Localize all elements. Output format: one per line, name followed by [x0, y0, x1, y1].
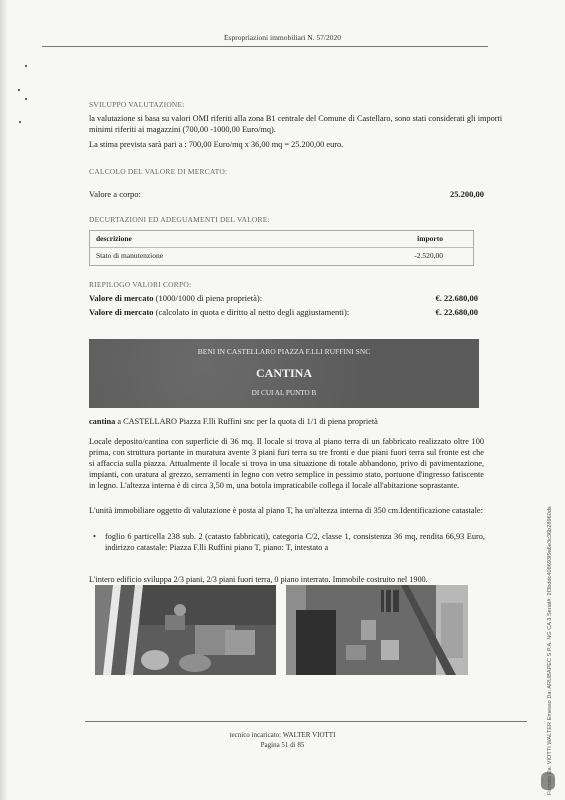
header-divider — [42, 46, 488, 47]
scan-edge-shadow — [0, 0, 8, 800]
catasto-list: • foglio 6 particella 238 sub. 2 (catast… — [105, 531, 485, 553]
bullet-icon: • — [93, 531, 96, 542]
photo-image — [95, 585, 276, 675]
intro-text: a CASTELLARO Piazza F.lli Ruffini snc pe… — [115, 417, 378, 426]
scan-speck — [25, 65, 27, 67]
photo-cantina-1 — [95, 585, 276, 675]
section-banner: BENI IN CASTELLARO PIAZZA F.LLI RUFFINI … — [89, 339, 479, 408]
section-label-calcolo: CALCOLO DEL VALORE DI MERCATO: — [89, 167, 227, 176]
riepilogo-row-value: €. 22.680,00 — [436, 307, 479, 317]
footer-technician: tecnico incaricato: WALTER VIOTTI — [0, 731, 565, 739]
list-item: foglio 6 particella 238 sub. 2 (catasto … — [105, 531, 485, 553]
intro-bold: cantina — [89, 417, 115, 426]
page-header-title: Espropriazioni immobiliari N. 57/2020 — [0, 33, 565, 42]
sviluppo-text-1: la valutazione si basa su valori OMI rif… — [89, 113, 509, 135]
document-page: Espropriazioni immobiliari N. 57/2020 SV… — [0, 0, 565, 800]
footer-divider — [85, 721, 527, 722]
table-row: Stato di manutenzione -2.520,00 — [90, 248, 473, 264]
description-paragraph: Locale deposito/cantina con superficie d… — [89, 436, 484, 491]
table-header: descrizione importo — [90, 231, 473, 248]
photo-cantina-2 — [286, 585, 468, 675]
riepilogo-row-value: €. 22.680,00 — [436, 293, 479, 303]
unita-paragraph: L'unità immobiliare oggetto di valutazio… — [89, 505, 484, 516]
row-importo: -2.520,00 — [414, 248, 443, 264]
riepilogo-row-text: (calcolato in quota e diritto al netto d… — [154, 307, 350, 317]
scan-speck — [25, 98, 27, 100]
digital-signature-text: Firmato Da: VIOTTI WALTER Emesso Da: ARU… — [547, 506, 553, 795]
column-header-importo: importo — [417, 231, 443, 247]
adjustments-table: descrizione importo Stato di manutenzion… — [89, 230, 474, 266]
riepilogo-row-bold: Valore di mercato — [89, 307, 154, 317]
section-label-riepilogo: RIEPILOGO VALORI CORPO: — [89, 280, 191, 289]
valore-corpo-value: 25.200,00 — [450, 189, 484, 199]
riepilogo-row-text: (1000/1000 di piena proprietà): — [154, 293, 263, 303]
banner-subtitle: DI CUI AL PUNTO B — [89, 389, 479, 397]
riepilogo-row-bold: Valore di mercato — [89, 293, 154, 303]
banner-title: CANTINA — [89, 366, 479, 381]
column-header-descrizione: descrizione — [96, 231, 132, 247]
photo-image — [286, 585, 468, 675]
edificio-paragraph: L'intero edificio sviluppa 2/3 piani, 2/… — [89, 574, 499, 585]
intro-line: cantina a CASTELLARO Piazza F.lli Ruffin… — [89, 416, 484, 427]
scan-speck — [18, 89, 20, 91]
section-label-decurtazioni: DECURTAZIONI ED ADEGUAMENTI DEL VALORE: — [89, 215, 270, 224]
section-label-sviluppo: SVILUPPO VALUTAZIONE: — [89, 100, 185, 109]
valore-corpo-label: Valore a corpo: — [89, 189, 141, 199]
sviluppo-text-2: La stima prevista sarà pari a : 700,00 E… — [89, 139, 509, 150]
footer-page-number: Pagina 51 di 85 — [0, 741, 565, 749]
banner-location: BENI IN CASTELLARO PIAZZA F.LLI RUFFINI … — [89, 347, 479, 356]
row-descrizione: Stato di manutenzione — [96, 248, 163, 264]
scan-speck — [19, 121, 21, 123]
